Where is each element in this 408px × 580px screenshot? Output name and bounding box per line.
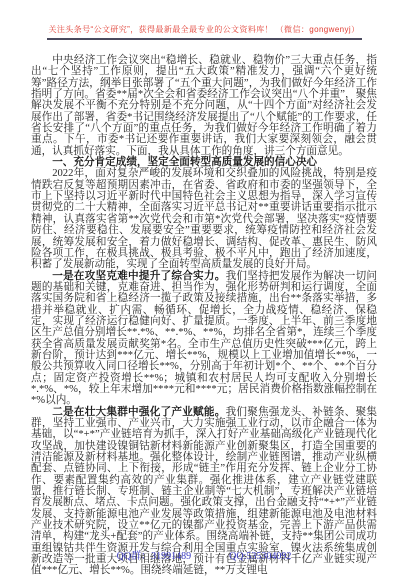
paragraph-point-1-text: 我们坚持把发展作为解决一切问题的基础和关键，克难奋进、担当作为，强化形势研判和运… bbox=[31, 271, 377, 407]
paragraph-point-1-lead: 一是在攻坚克难中提升了综合实力。 bbox=[52, 271, 225, 282]
paragraph-point-1: 一是在攻坚克难中提升了综合实力。我们坚持把发展作为解决一切问题的基础和关键，克难… bbox=[31, 271, 377, 407]
paragraph-point-2-lead: 二是在壮大集群中强化了产业赋能。 bbox=[52, 407, 225, 418]
document-page: 关注头条号“公文研究”，获得最新最全最专业的公文资料库！ （微信：gongwen… bbox=[0, 0, 408, 580]
section-heading-1: 一、充分肯定成绩，坚定全面转型高质量发展的信心决心 bbox=[31, 157, 377, 168]
footer-qq-group: QQ群：31991489 bbox=[117, 547, 191, 562]
header-notice: 关注头条号“公文研究”，获得最新最全最专业的公文资料库！ （微信：gongwen… bbox=[47, 24, 362, 40]
paragraph-overview: 2022年，面对复杂严峻的发展环境和交织叠加的风险挑战，特别是疫情跌宕反复等超预… bbox=[31, 168, 377, 270]
footer-qq: QQ:535304092 bbox=[229, 551, 291, 562]
paragraph-intro: 中央经济工作会议突出“稳增长、稳就业、稳物价”三大重点任务，指出“七个坚持”工作… bbox=[31, 55, 377, 157]
page-footer: QQ群：31991489QQ:535304092 bbox=[0, 547, 408, 562]
page-header: 关注头条号“公文研究”，获得最新最全最专业的公文资料库！ （微信：gongwen… bbox=[0, 0, 408, 40]
document-body: 中央经济工作会议突出“稳增长、稳就业、稳物价”三大重点任务，指出“七个坚持”工作… bbox=[0, 40, 408, 577]
